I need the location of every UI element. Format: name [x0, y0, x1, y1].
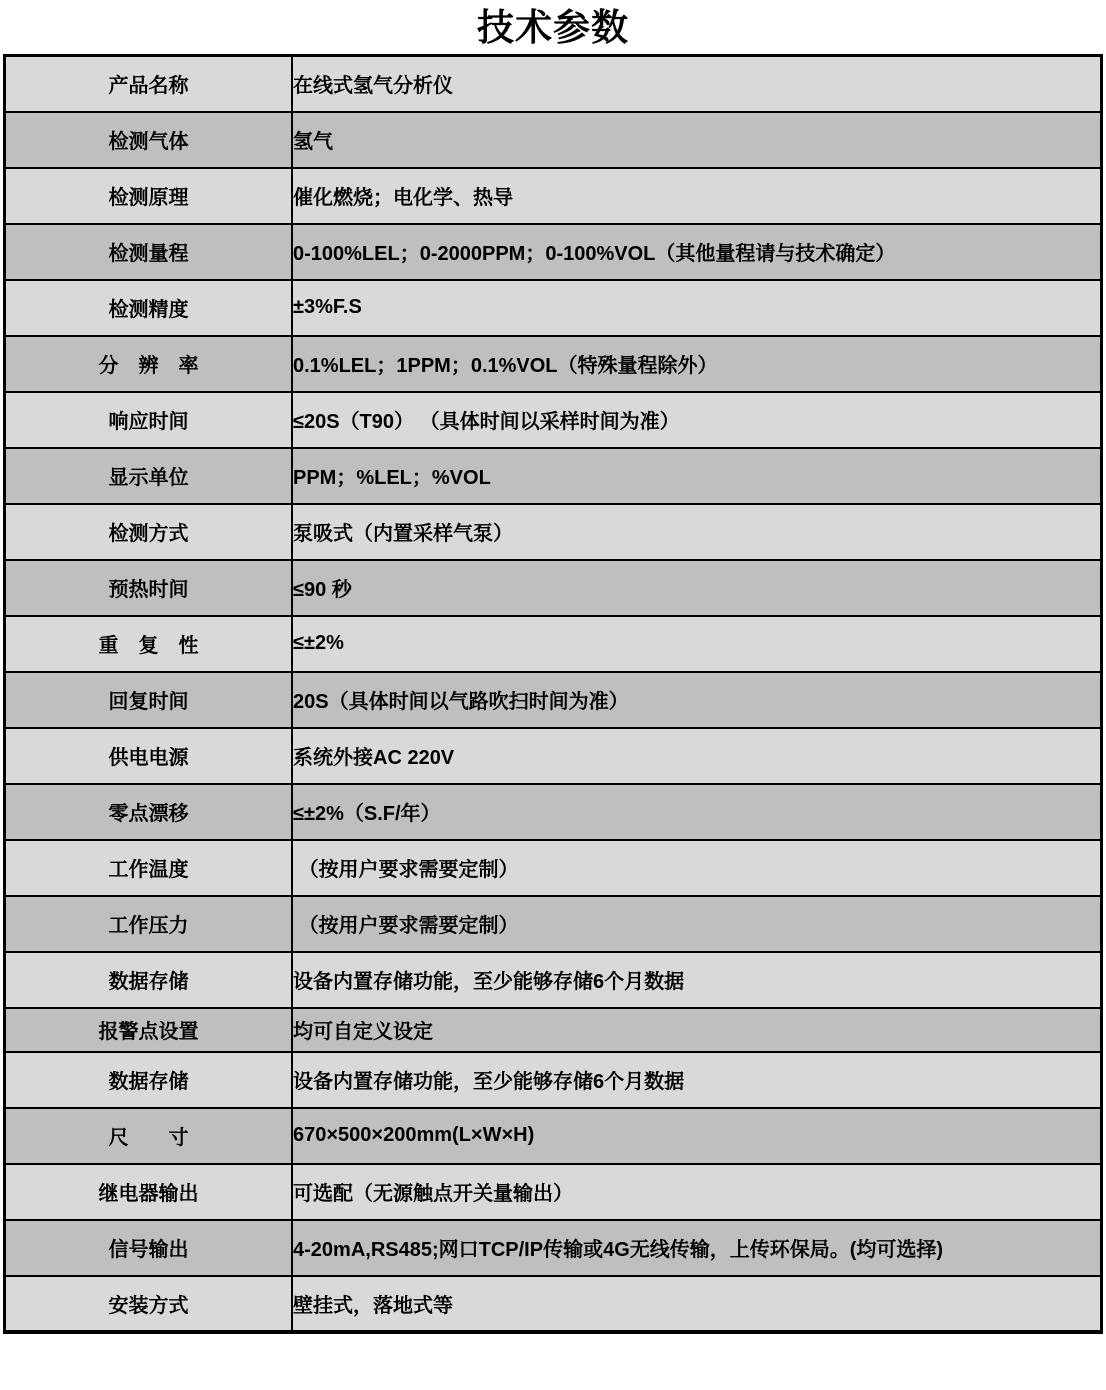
- table-row: 报警点设置 均可自定义设定: [5, 1008, 1102, 1052]
- table-row: 零点漂移 ≤±2%（S.F/年）: [5, 784, 1102, 840]
- param-value: 催化燃烧；电化学、热导: [292, 168, 1102, 224]
- param-label: 检测量程: [5, 224, 293, 280]
- param-label: 检测气体: [5, 112, 293, 168]
- table-row: 预热时间 ≤90 秒: [5, 560, 1102, 616]
- param-value: （按用户要求需要定制）: [292, 896, 1102, 952]
- table-row: 检测量程 0-100%LEL；0-2000PPM；0-100%VOL（其他量程请…: [5, 224, 1102, 280]
- param-value: ≤±2%: [292, 616, 1102, 672]
- table-row: 工作温度 （按用户要求需要定制）: [5, 840, 1102, 896]
- param-label: 产品名称: [5, 56, 293, 112]
- param-value: 0-100%LEL；0-2000PPM；0-100%VOL（其他量程请与技术确定…: [292, 224, 1102, 280]
- table-row: 回复时间 20S（具体时间以气路吹扫时间为准）: [5, 672, 1102, 728]
- page-title: 技术参数: [0, 0, 1106, 54]
- param-label: 预热时间: [5, 560, 293, 616]
- param-value: 系统外接AC 220V: [292, 728, 1102, 784]
- table-row: 尺 寸 670×500×200mm(L×W×H): [5, 1108, 1102, 1164]
- param-value: 氢气: [292, 112, 1102, 168]
- param-value: 0.1%LEL；1PPM；0.1%VOL（特殊量程除外）: [292, 336, 1102, 392]
- table-row: 供电电源 系统外接AC 220V: [5, 728, 1102, 784]
- table-row: 产品名称 在线式氢气分析仪: [5, 56, 1102, 112]
- param-label: 回复时间: [5, 672, 293, 728]
- param-value: 4-20mA,RS485;网口TCP/IP传输或4G无线传输，上传环保局。(均可…: [292, 1220, 1102, 1276]
- param-value: PPM；%LEL；%VOL: [292, 448, 1102, 504]
- param-label: 分 辨 率: [5, 336, 293, 392]
- param-value: 壁挂式，落地式等: [292, 1276, 1102, 1332]
- param-value: ±3%F.S: [292, 280, 1102, 336]
- table-row: 检测方式 泵吸式（内置采样气泵）: [5, 504, 1102, 560]
- param-value: 20S（具体时间以气路吹扫时间为准）: [292, 672, 1102, 728]
- param-label: 响应时间: [5, 392, 293, 448]
- table-row: 数据存储 设备内置存储功能，至少能够存储6个月数据: [5, 1052, 1102, 1108]
- spec-sheet-page: 技术参数 产品名称 在线式氢气分析仪 检测气体 氢气 检测原理 催化燃烧；电化学…: [0, 0, 1106, 1390]
- table-row: 工作压力 （按用户要求需要定制）: [5, 896, 1102, 952]
- param-label: 数据存储: [5, 952, 293, 1008]
- table-row: 重 复 性 ≤±2%: [5, 616, 1102, 672]
- param-label: 尺 寸: [5, 1108, 293, 1164]
- table-row: 继电器输出 可选配（无源触点开关量输出）: [5, 1164, 1102, 1220]
- table-row: 数据存储 设备内置存储功能，至少能够存储6个月数据: [5, 952, 1102, 1008]
- param-label: 报警点设置: [5, 1008, 293, 1052]
- table-row: 信号输出 4-20mA,RS485;网口TCP/IP传输或4G无线传输，上传环保…: [5, 1220, 1102, 1276]
- table-row: 安装方式 壁挂式，落地式等: [5, 1276, 1102, 1332]
- param-value: 设备内置存储功能，至少能够存储6个月数据: [292, 952, 1102, 1008]
- param-label: 继电器输出: [5, 1164, 293, 1220]
- table-row: 显示单位 PPM；%LEL；%VOL: [5, 448, 1102, 504]
- param-value: （按用户要求需要定制）: [292, 840, 1102, 896]
- table-row: 检测气体 氢气: [5, 112, 1102, 168]
- param-label: 检测精度: [5, 280, 293, 336]
- table-row: 检测原理 催化燃烧；电化学、热导: [5, 168, 1102, 224]
- table-row: 检测精度 ±3%F.S: [5, 280, 1102, 336]
- param-value: ≤±2%（S.F/年）: [292, 784, 1102, 840]
- param-label: 供电电源: [5, 728, 293, 784]
- param-value: ≤90 秒: [292, 560, 1102, 616]
- param-value: 670×500×200mm(L×W×H): [292, 1108, 1102, 1164]
- param-label: 零点漂移: [5, 784, 293, 840]
- table-row: 响应时间 ≤20S（T90） （具体时间以采样时间为准）: [5, 392, 1102, 448]
- param-value: 可选配（无源触点开关量输出）: [292, 1164, 1102, 1220]
- param-label: 工作压力: [5, 896, 293, 952]
- param-value: 泵吸式（内置采样气泵）: [292, 504, 1102, 560]
- param-label: 检测方式: [5, 504, 293, 560]
- param-label: 显示单位: [5, 448, 293, 504]
- param-label: 信号输出: [5, 1220, 293, 1276]
- param-value: ≤20S（T90） （具体时间以采样时间为准）: [292, 392, 1102, 448]
- param-label: 数据存储: [5, 1052, 293, 1108]
- param-label: 工作温度: [5, 840, 293, 896]
- spec-table: 产品名称 在线式氢气分析仪 检测气体 氢气 检测原理 催化燃烧；电化学、热导 检…: [3, 54, 1103, 1334]
- param-value: 均可自定义设定: [292, 1008, 1102, 1052]
- param-value: 设备内置存储功能，至少能够存储6个月数据: [292, 1052, 1102, 1108]
- param-label: 检测原理: [5, 168, 293, 224]
- param-label: 重 复 性: [5, 616, 293, 672]
- param-label: 安装方式: [5, 1276, 293, 1332]
- param-value: 在线式氢气分析仪: [292, 56, 1102, 112]
- table-row: 分 辨 率 0.1%LEL；1PPM；0.1%VOL（特殊量程除外）: [5, 336, 1102, 392]
